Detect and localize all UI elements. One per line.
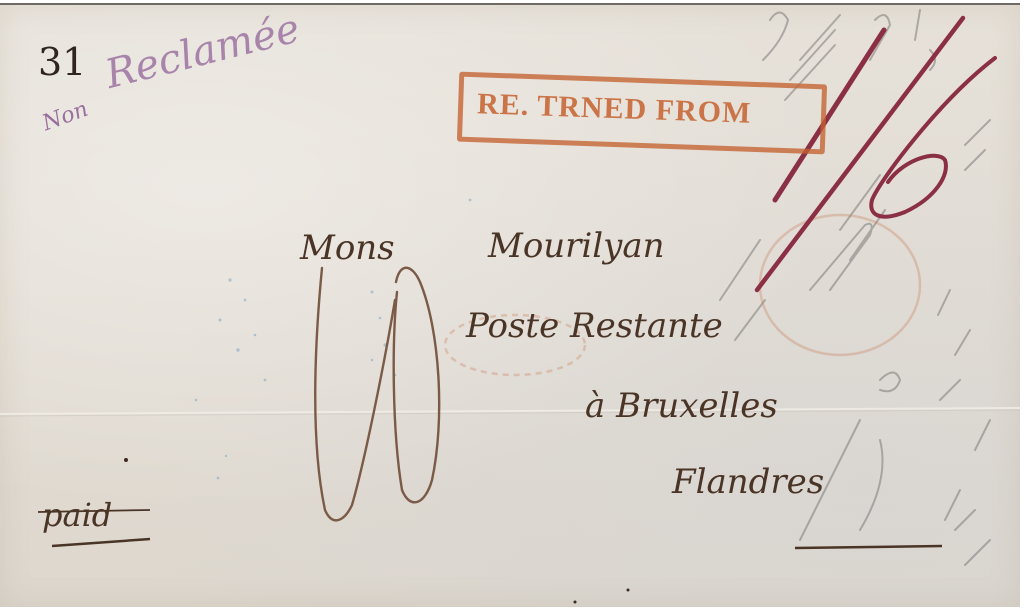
paid-underline — [52, 539, 150, 546]
returned-from-handstamp: RE. TRNED FROM — [457, 72, 827, 155]
top-left-number: 31 — [38, 40, 86, 84]
rate-marking-strokes — [757, 18, 995, 290]
address-salutation: Mons — [300, 228, 395, 268]
handstamp-text: RE. TRNED FROM — [477, 87, 752, 131]
address-underline — [795, 546, 942, 548]
address-name: Mourilyan — [488, 226, 665, 266]
address-city: à Bruxelles — [585, 386, 778, 426]
paid-mark: paid — [42, 496, 112, 534]
large-oval-marking — [315, 268, 439, 521]
address-poste-restante: Poste Restante — [466, 306, 723, 346]
address-region: Flandres — [672, 462, 824, 502]
